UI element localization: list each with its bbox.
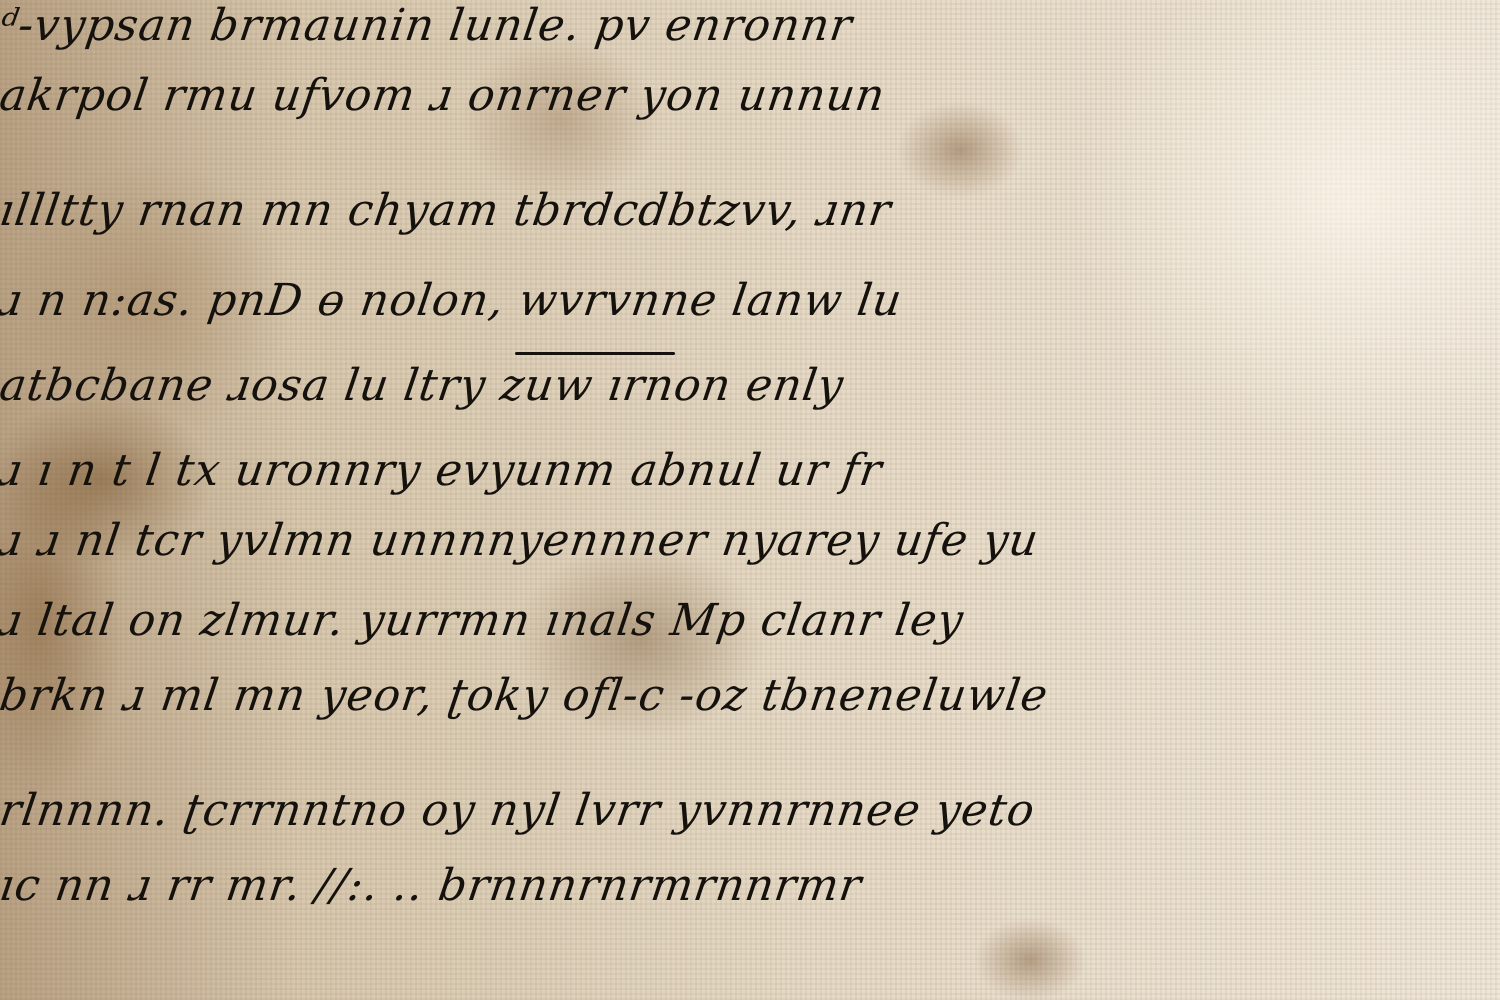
handwriting-line-1: ᵈ-vypsan brmaunin lunle. pv enronnr	[0, 0, 856, 51]
handwriting-line-5: atbcbane ɹosa lu ltry zuw ırnon enly	[0, 360, 847, 411]
handwriting-line-4: ɹ n n:as. pnD ɵ nolon, wvrvnne lanw lu	[0, 275, 906, 326]
paper-background: ᵈ-vypsan brmaunin lunle. pv enronnr akrp…	[0, 0, 1500, 1000]
handwriting-line-3: ıllltty rnan mn chyam tbrdcdbtzvv, ɹnr	[0, 185, 895, 236]
handwriting-underline	[515, 352, 675, 355]
handwriting-line-10: rlnnnn. ʈcrrnntno oy nyl lvrr yvnnrnnee …	[0, 785, 1038, 836]
handwriting-line-2: akrpol rmu ufvom ɹ onrner yon unnun	[0, 70, 889, 121]
handwriting-line-8: ɹ ltal on zlmur. yurrmn ınals Mp clanr l…	[0, 595, 967, 646]
handwriting-line-7: ɹ ɹ nl tcr yvlmn unnnnyennner nyarey ufe…	[0, 515, 1042, 566]
handwriting-line-6: ɹ ı n t l tx uronnry evyunm abnul ur fr	[0, 445, 886, 496]
handwriting-line-9: brkn ɹ ml mn yeor, ʈoky ofl-c -oz tbnene…	[0, 670, 1052, 721]
handwriting-line-11: ıc nn ɹ rr mr. //:. .. brnnnrnrmrnnrmr	[0, 860, 865, 911]
